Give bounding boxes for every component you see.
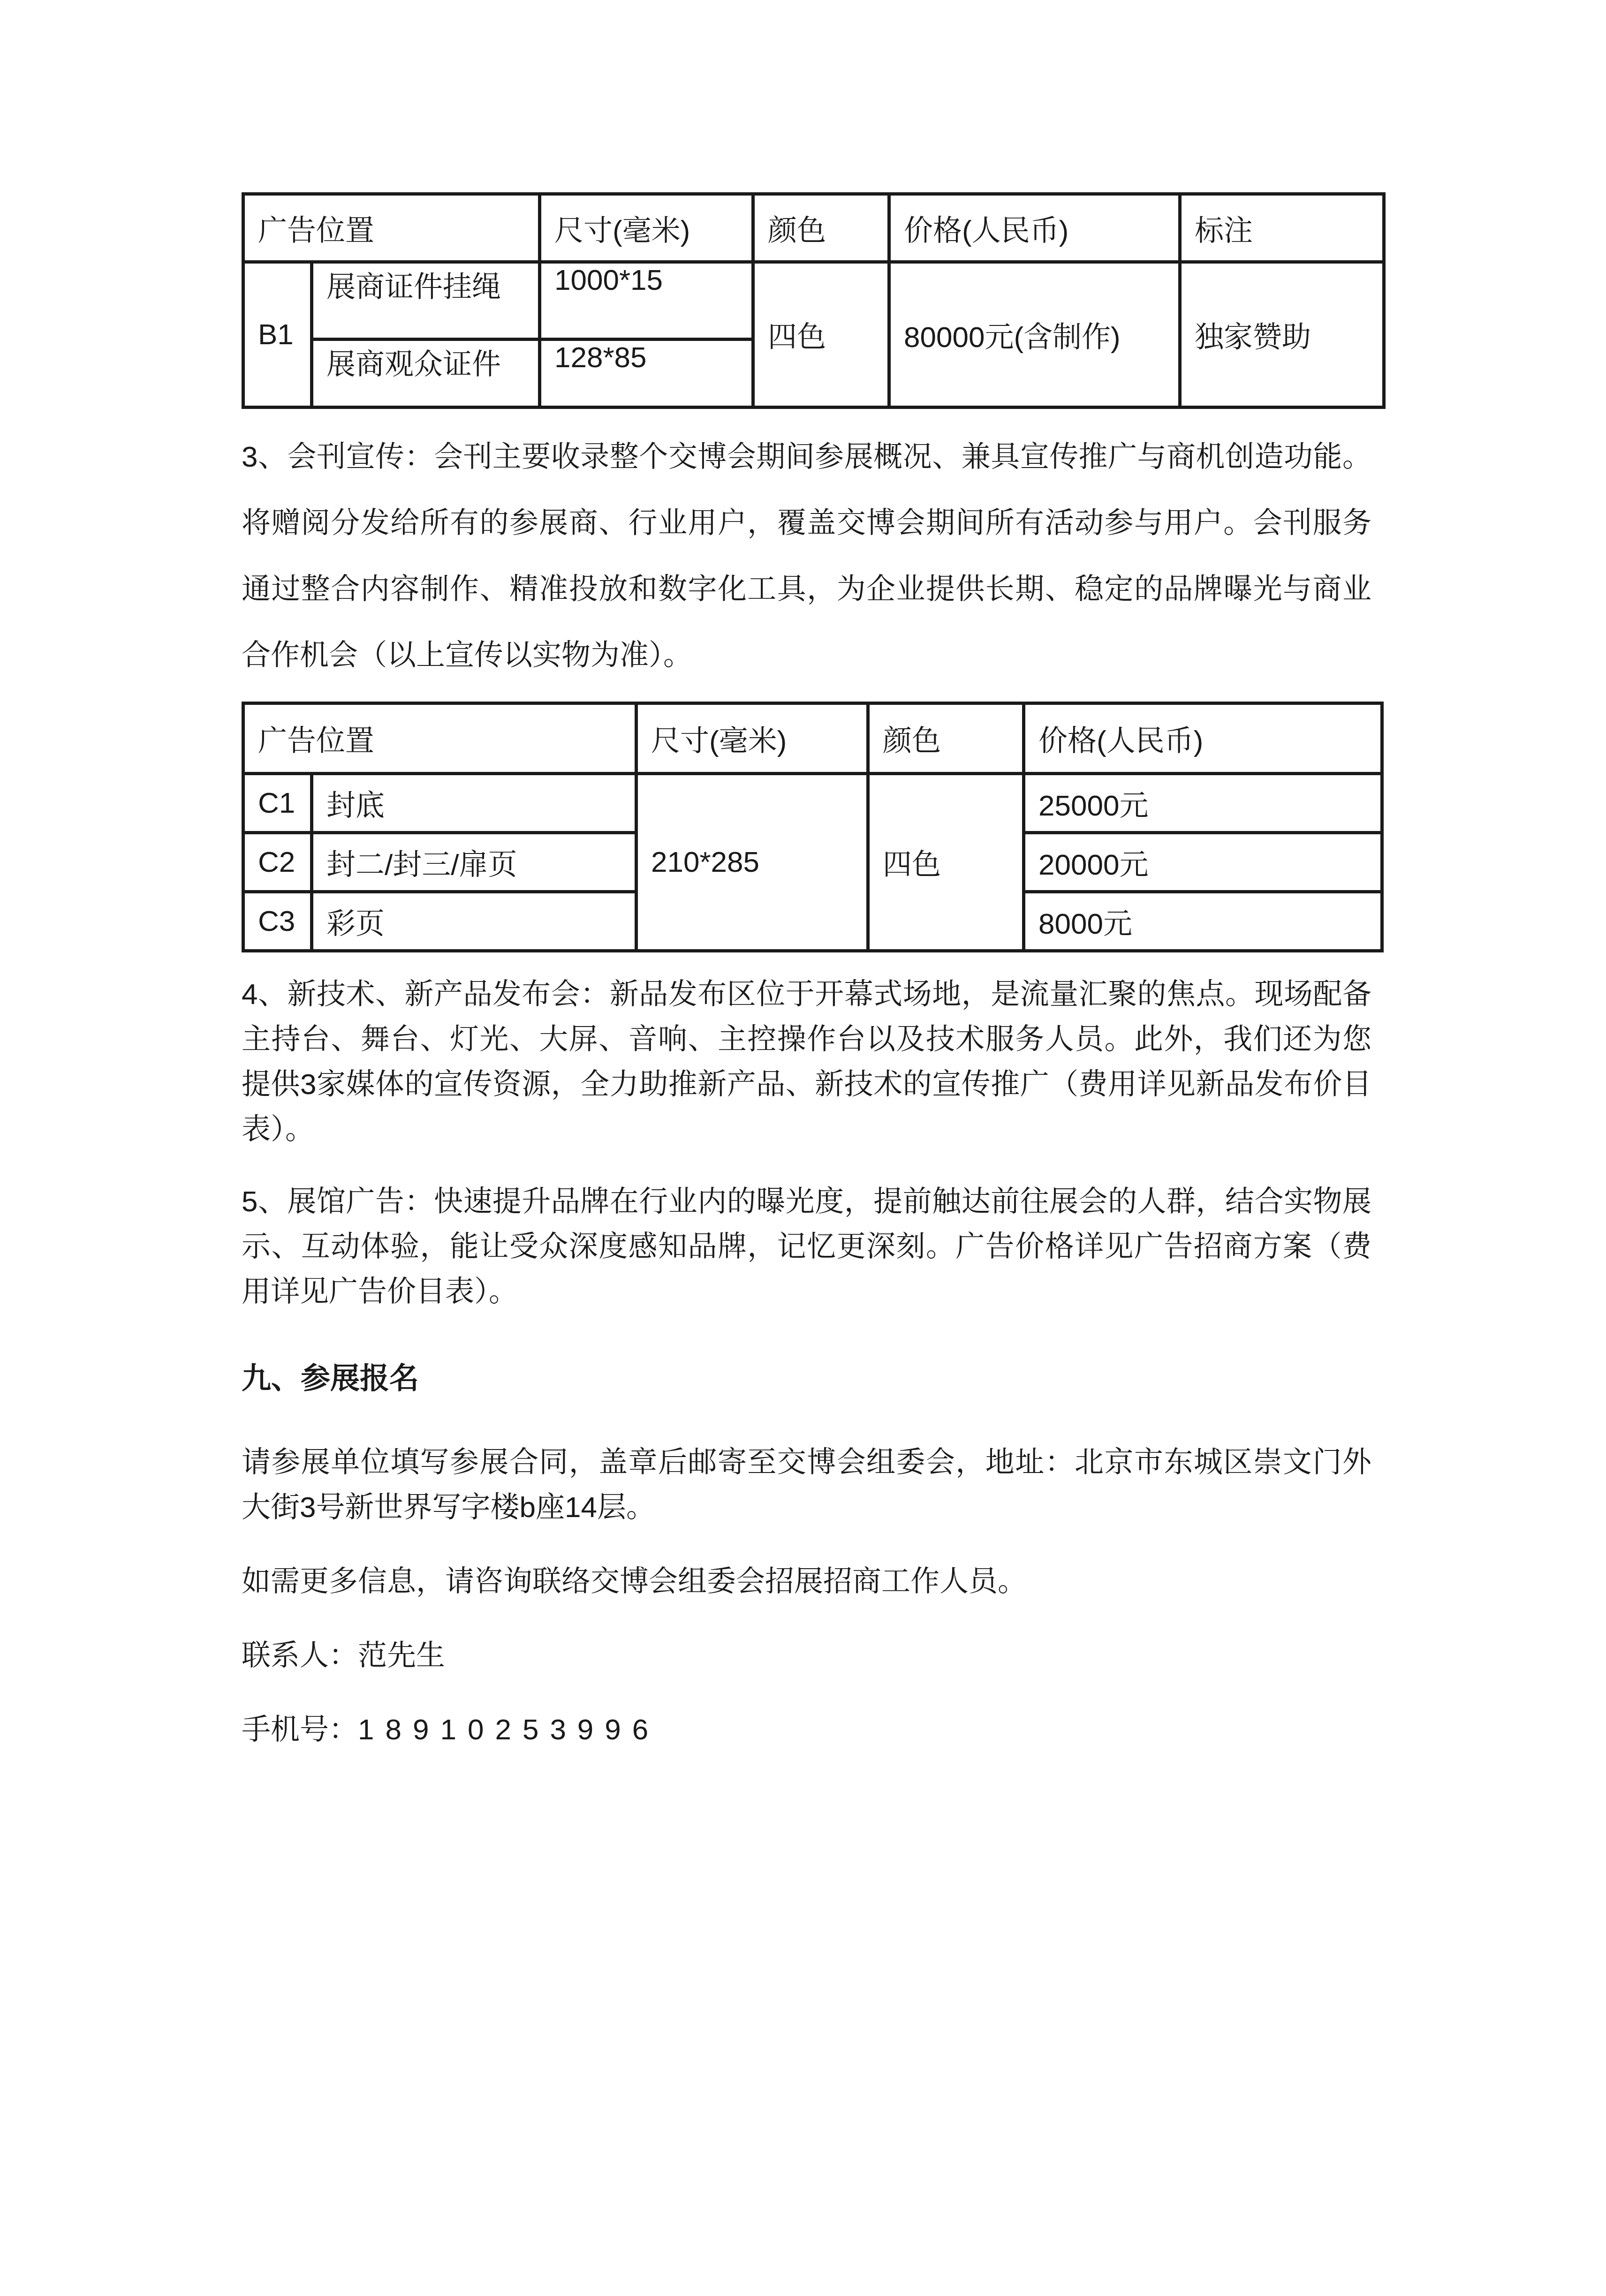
col-header-color: 颜色	[868, 703, 1024, 774]
cell-price: 80000元(含制作)	[889, 262, 1180, 408]
cell-size: 128*85	[540, 340, 753, 408]
cell-color: 四色	[868, 774, 1024, 951]
cell-code: C1	[243, 774, 312, 833]
section-heading-registration: 九、参展报名	[242, 1356, 1371, 1401]
cell-color: 四色	[753, 262, 889, 408]
col-header-size: 尺寸(毫米)	[540, 194, 753, 262]
cell-price: 20000元	[1024, 833, 1382, 892]
paragraph-launch-event: 4、新技术、新产品发布会：新品发布区位于开幕式场地，是流量汇聚的焦点。现场配备主…	[242, 972, 1371, 1152]
col-header-price: 价格(人民币)	[889, 194, 1180, 262]
cell-group-code: B1	[243, 262, 312, 408]
cell-price: 8000元	[1024, 892, 1382, 951]
col-header-ad-position: 广告位置	[243, 194, 540, 262]
badge-ads-table: 广告位置 尺寸(毫米) 颜色 价格(人民币) 标注 B1 展商证件挂绳 1000…	[242, 192, 1386, 409]
document-page: 广告位置 尺寸(毫米) 颜色 价格(人民币) 标注 B1 展商证件挂绳 1000…	[0, 0, 1606, 2296]
paragraph-registration-instructions: 请参展单位填写参展合同，盖章后邮寄至交博会组委会，地址：北京市东城区崇文门外大街…	[242, 1440, 1371, 1530]
contact-label: 联系人：	[242, 1639, 358, 1672]
col-header-color: 颜色	[753, 194, 889, 262]
col-header-price: 价格(人民币)	[1024, 703, 1382, 774]
badge-table-header-row: 广告位置 尺寸(毫米) 颜色 价格(人民币) 标注	[243, 194, 1384, 262]
cell-size: 210*285	[636, 774, 868, 951]
table-row: C1 封底 210*285 四色 25000元	[243, 774, 1382, 833]
col-header-size: 尺寸(毫米)	[636, 703, 868, 774]
phone-number: 18910253996	[358, 1714, 659, 1746]
contact-name: 范先生	[358, 1639, 445, 1672]
journal-table-header-row: 广告位置 尺寸(毫米) 颜色 价格(人民币)	[243, 703, 1382, 774]
paragraph-journal-promo: 3、会刊宣传：会刊主要收录整个交博会期间参展概况、兼具宣传推广与商机创造功能。将…	[242, 424, 1371, 688]
phone-line: 手机号：18910253996	[242, 1707, 1371, 1752]
cell-code: C3	[243, 892, 312, 951]
paragraph-more-info: 如需更多信息，请咨询联络交博会组委会招展招商工作人员。	[242, 1559, 1371, 1604]
cell-ad-name: 封底	[312, 774, 636, 833]
col-header-ad-position: 广告位置	[243, 703, 636, 774]
cell-ad-name: 彩页	[312, 892, 636, 951]
journal-ads-table: 广告位置 尺寸(毫米) 颜色 价格(人民币) C1 封底 210*285 四色 …	[242, 702, 1384, 952]
table-row: B1 展商证件挂绳 1000*15 四色 80000元(含制作) 独家赞助	[243, 262, 1384, 340]
cell-size: 1000*15	[540, 262, 753, 340]
col-header-note: 标注	[1180, 194, 1384, 262]
cell-ad-name: 封二/封三/扉页	[312, 833, 636, 892]
cell-ad-name: 展商观众证件	[312, 340, 540, 408]
cell-note: 独家赞助	[1180, 262, 1384, 408]
cell-code: C2	[243, 833, 312, 892]
cell-ad-name: 展商证件挂绳	[312, 262, 540, 340]
phone-label: 手机号：	[242, 1714, 358, 1746]
contact-line: 联系人：范先生	[242, 1633, 1371, 1678]
cell-price: 25000元	[1024, 774, 1382, 833]
paragraph-hall-ads: 5、展馆广告：快速提升品牌在行业内的曝光度，提前触达前往展会的人群，结合实物展示…	[242, 1179, 1371, 1314]
